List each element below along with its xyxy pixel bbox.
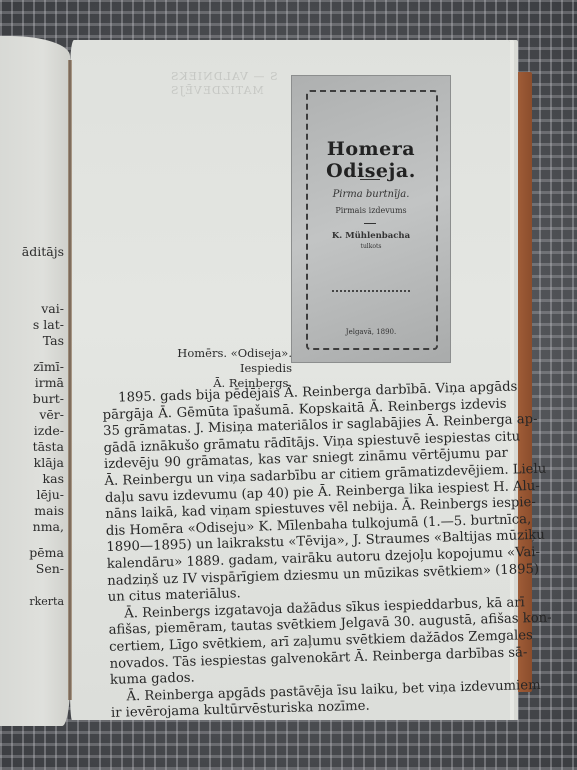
caption-line: Homērs. «Odiseja». Iespiedis [140, 346, 292, 376]
left-page-fragment: zīmī- [33, 359, 64, 375]
left-page-fragment: nma, [33, 519, 64, 535]
left-page: āditājs vai- s lat- Tas zīmī- irmā burt-… [0, 36, 70, 726]
figure-title: Homera Odiseja. [292, 138, 450, 182]
figure-subtitle: Pirma burtnīja. [292, 189, 450, 200]
divider [364, 223, 376, 224]
left-page-fragment: izde- [34, 423, 64, 439]
figure-author-note: tulkots [292, 243, 450, 250]
left-page-fragment: s lat- [33, 317, 64, 333]
divider [360, 179, 380, 180]
figure-edition: Pirmais izdevums [292, 206, 450, 215]
left-page-fragment: vēr- [39, 407, 64, 423]
left-page-fragment: burt- [33, 391, 64, 407]
ornamental-border [306, 90, 438, 350]
left-page-fragment: Sen- [36, 561, 64, 577]
left-page-fragment: kas [43, 471, 64, 487]
figure-author: K. Mühlenbacha [292, 231, 450, 241]
left-page-fragment: vai- [41, 301, 64, 317]
left-page-fragment: lēju- [36, 487, 64, 503]
left-page-fragment: Tas [43, 333, 64, 349]
figure-caption: Homērs. «Odiseja». Iespiedis Ā. Reinberg… [140, 346, 292, 391]
book-spine [68, 60, 72, 700]
left-page-fragment: āditājs [22, 244, 64, 260]
left-page-fragment: tāsta [33, 439, 64, 455]
left-page-fragment: rkerta [29, 594, 64, 610]
title-page-illustration: Homera Odiseja. Pirma burtnīja. Pirmais … [292, 76, 450, 362]
left-page-fragment: mais [34, 503, 64, 519]
left-page-fragment: pēma [29, 545, 64, 561]
body-text: 1895. gads bija pēdējais Ā. Reinberga da… [102, 380, 515, 723]
figure-place-date: Jelgavā, 1890. [292, 328, 450, 336]
left-page-fragment: irmā [35, 375, 64, 391]
ornament [332, 284, 410, 292]
left-page-fragment: klāja [34, 455, 64, 471]
